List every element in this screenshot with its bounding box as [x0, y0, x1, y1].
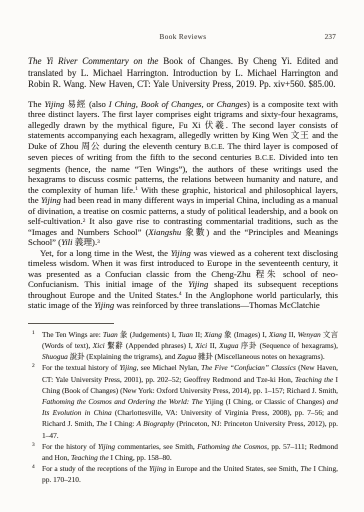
paragraph-1: The Yijing 易經 (also I Ching, Book of Cha… [28, 99, 338, 248]
footnote-4: 4 For a study of the receptions of the Y… [28, 463, 338, 485]
footnotes-section: 1 The Ten Wings are: Tuan 彖 (Judgements)… [28, 329, 338, 486]
footnote-separator [28, 323, 114, 324]
footnote-3-text: For the history of Yijing commentaries, … [42, 442, 338, 462]
footnote-3: 3 For the history of Yijing commentaries… [28, 441, 338, 463]
running-header: Book Reviews 237 [28, 33, 338, 43]
running-header-title: Book Reviews [28, 33, 338, 41]
paragraph-2: Yet, for a long time in the West, the Yi… [28, 248, 338, 311]
footnote-4-text: For a study of the receptions of the Yij… [42, 464, 338, 484]
footnote-1: 1 The Ten Wings are: Tuan 彖 (Judgements)… [28, 329, 338, 363]
footnote-4-number: 4 [32, 462, 35, 473]
footnote-3-number: 3 [32, 440, 35, 451]
scanned-book-page: Book Reviews 237 The Yi River Commentary… [0, 0, 364, 512]
footnote-1-number: 1 [32, 328, 35, 339]
book-citation: The Yi River Commentary on the Book of C… [28, 56, 338, 91]
footnote-2-text: For the textual history of Yijing, see M… [42, 363, 338, 439]
page-number: 237 [325, 33, 336, 41]
footnote-1-text: The Ten Wings are: Tuan 彖 (Judgements) I… [42, 330, 338, 361]
footnote-2-number: 2 [32, 361, 35, 372]
footnote-2: 2 For the textual history of Yijing, see… [28, 362, 338, 440]
